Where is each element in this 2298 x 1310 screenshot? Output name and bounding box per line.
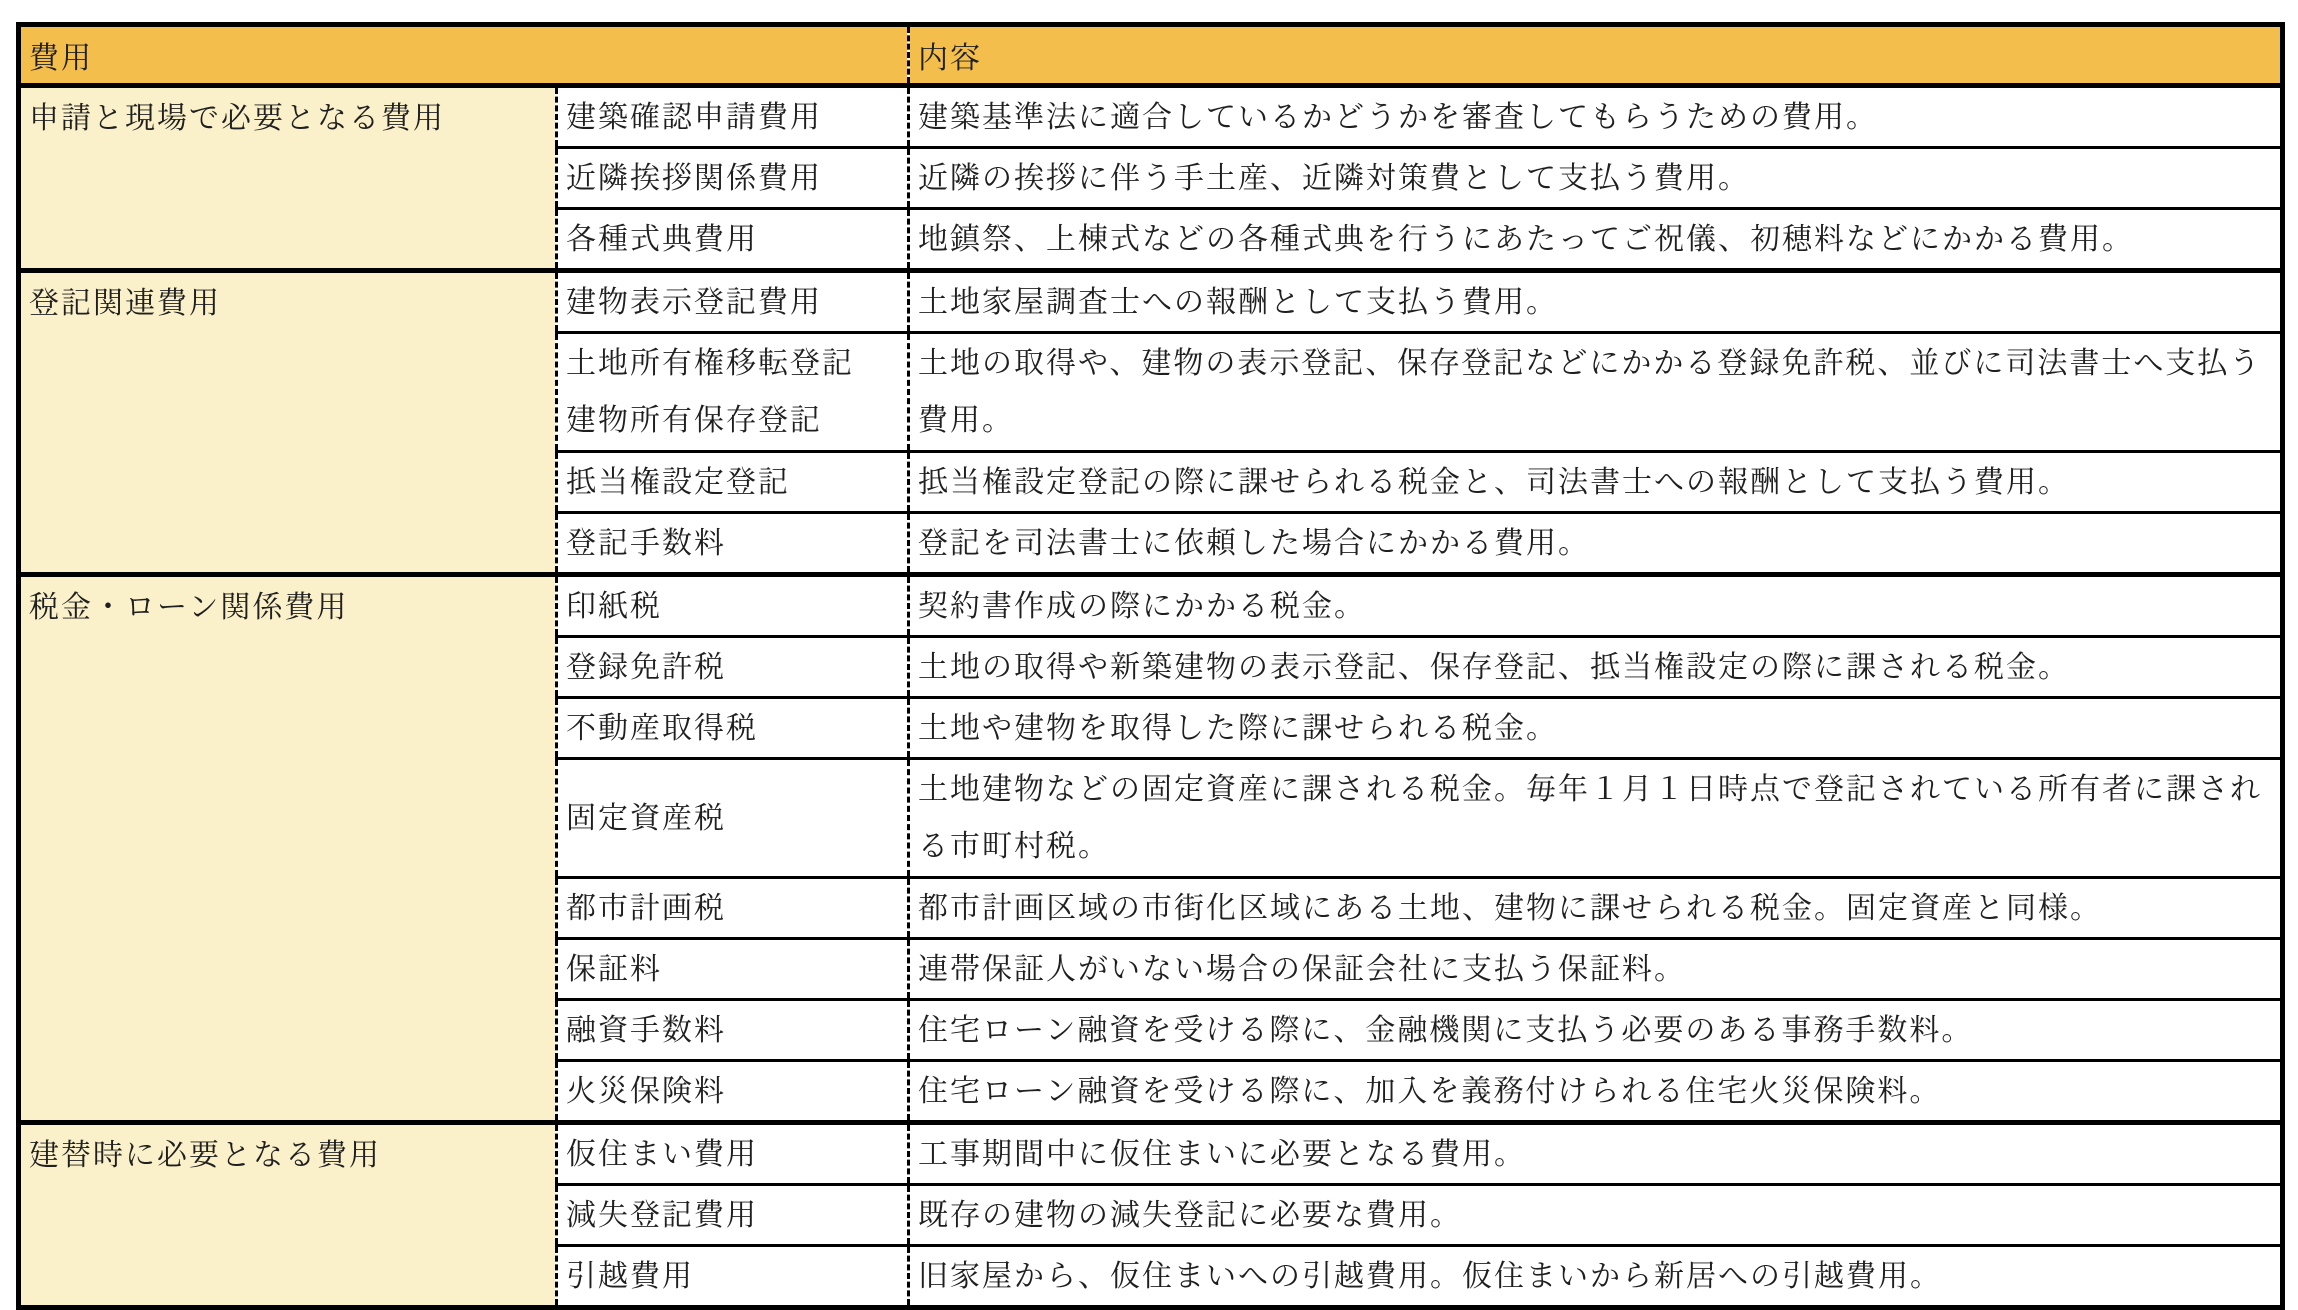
description-cell: 抵当権設定登記の際に課せられる税金と、司法書士への報酬として支払う費用。 xyxy=(909,452,2283,513)
category-cell: 登記関連費用 xyxy=(19,271,557,575)
description-cell: 連帯保証人がいない場合の保証会社に支払う保証料。 xyxy=(909,939,2283,1000)
item-cell: 都市計画税 xyxy=(557,878,909,939)
item-cell: 土地所有権移転登記 建物所有保存登記 xyxy=(557,333,909,452)
header-cost: 費用 xyxy=(19,25,909,86)
description-cell: 工事期間中に仮住まいに必要となる費用。 xyxy=(909,1123,2283,1185)
description-cell: 近隣の挨拶に伴う手土産、近隣対策費として支払う費用。 xyxy=(909,148,2283,209)
description-cell: 住宅ローン融資を受ける際に、加入を義務付けられる住宅火災保険料。 xyxy=(909,1061,2283,1123)
description-cell: 土地や建物を取得した際に課せられる税金。 xyxy=(909,698,2283,759)
table-row: 税金・ローン関係費用 印紙税 契約書作成の際にかかる税金。 xyxy=(19,575,2283,637)
table-header-row: 費用 内容 xyxy=(19,25,2283,86)
item-cell: 融資手数料 xyxy=(557,1000,909,1061)
item-cell: 抵当権設定登記 xyxy=(557,452,909,513)
description-cell: 登記を司法書士に依頼した場合にかかる費用。 xyxy=(909,513,2283,575)
description-cell: 土地の取得や新築建物の表示登記、保存登記、抵当権設定の際に課される税金。 xyxy=(909,637,2283,698)
header-content: 内容 xyxy=(909,25,2283,86)
item-cell: 引越費用 xyxy=(557,1246,909,1308)
category-cell: 建替時に必要となる費用 xyxy=(19,1123,557,1308)
item-cell: 建物表示登記費用 xyxy=(557,271,909,333)
description-cell: 土地建物などの固定資産に課される税金。毎年１月１日時点で登記されている所有者に課… xyxy=(909,759,2283,878)
table-row: 登記関連費用 建物表示登記費用 土地家屋調査士への報酬として支払う費用。 xyxy=(19,271,2283,333)
item-cell: 各種式典費用 xyxy=(557,209,909,271)
description-cell: 既存の建物の減失登記に必要な費用。 xyxy=(909,1185,2283,1246)
item-cell: 固定資産税 xyxy=(557,759,909,878)
description-cell: 都市計画区域の市街化区域にある土地、建物に課せられる税金。固定資産と同様。 xyxy=(909,878,2283,939)
item-cell: 登記手数料 xyxy=(557,513,909,575)
description-cell: 住宅ローン融資を受ける際に、金融機関に支払う必要のある事務手数料。 xyxy=(909,1000,2283,1061)
description-cell: 建築基準法に適合しているかどうかを審査してもらうための費用。 xyxy=(909,86,2283,148)
table-row: 建替時に必要となる費用 仮住まい費用 工事期間中に仮住まいに必要となる費用。 xyxy=(19,1123,2283,1185)
item-cell: 不動産取得税 xyxy=(557,698,909,759)
item-cell: 近隣挨拶関係費用 xyxy=(557,148,909,209)
description-cell: 契約書作成の際にかかる税金。 xyxy=(909,575,2283,637)
item-cell: 減失登記費用 xyxy=(557,1185,909,1246)
item-cell: 建築確認申請費用 xyxy=(557,86,909,148)
item-cell: 火災保険料 xyxy=(557,1061,909,1123)
table-row: 申請と現場で必要となる費用 建築確認申請費用 建築基準法に適合しているかどうかを… xyxy=(19,86,2283,148)
description-cell: 土地家屋調査士への報酬として支払う費用。 xyxy=(909,271,2283,333)
category-cell: 税金・ローン関係費用 xyxy=(19,575,557,1123)
item-cell: 保証料 xyxy=(557,939,909,1000)
description-cell: 旧家屋から、仮住まいへの引越費用。仮住まいから新居への引越費用。 xyxy=(909,1246,2283,1308)
description-cell: 土地の取得や、建物の表示登記、保存登記などにかかる登録免許税、並びに司法書士へ支… xyxy=(909,333,2283,452)
category-cell: 申請と現場で必要となる費用 xyxy=(19,86,557,271)
cost-table: 費用 内容 申請と現場で必要となる費用 建築確認申請費用 建築基準法に適合してい… xyxy=(16,22,2285,1310)
description-cell: 地鎮祭、上棟式などの各種式典を行うにあたってご祝儀、初穂料などにかかる費用。 xyxy=(909,209,2283,271)
item-cell: 登録免許税 xyxy=(557,637,909,698)
item-cell: 印紙税 xyxy=(557,575,909,637)
item-cell: 仮住まい費用 xyxy=(557,1123,909,1185)
